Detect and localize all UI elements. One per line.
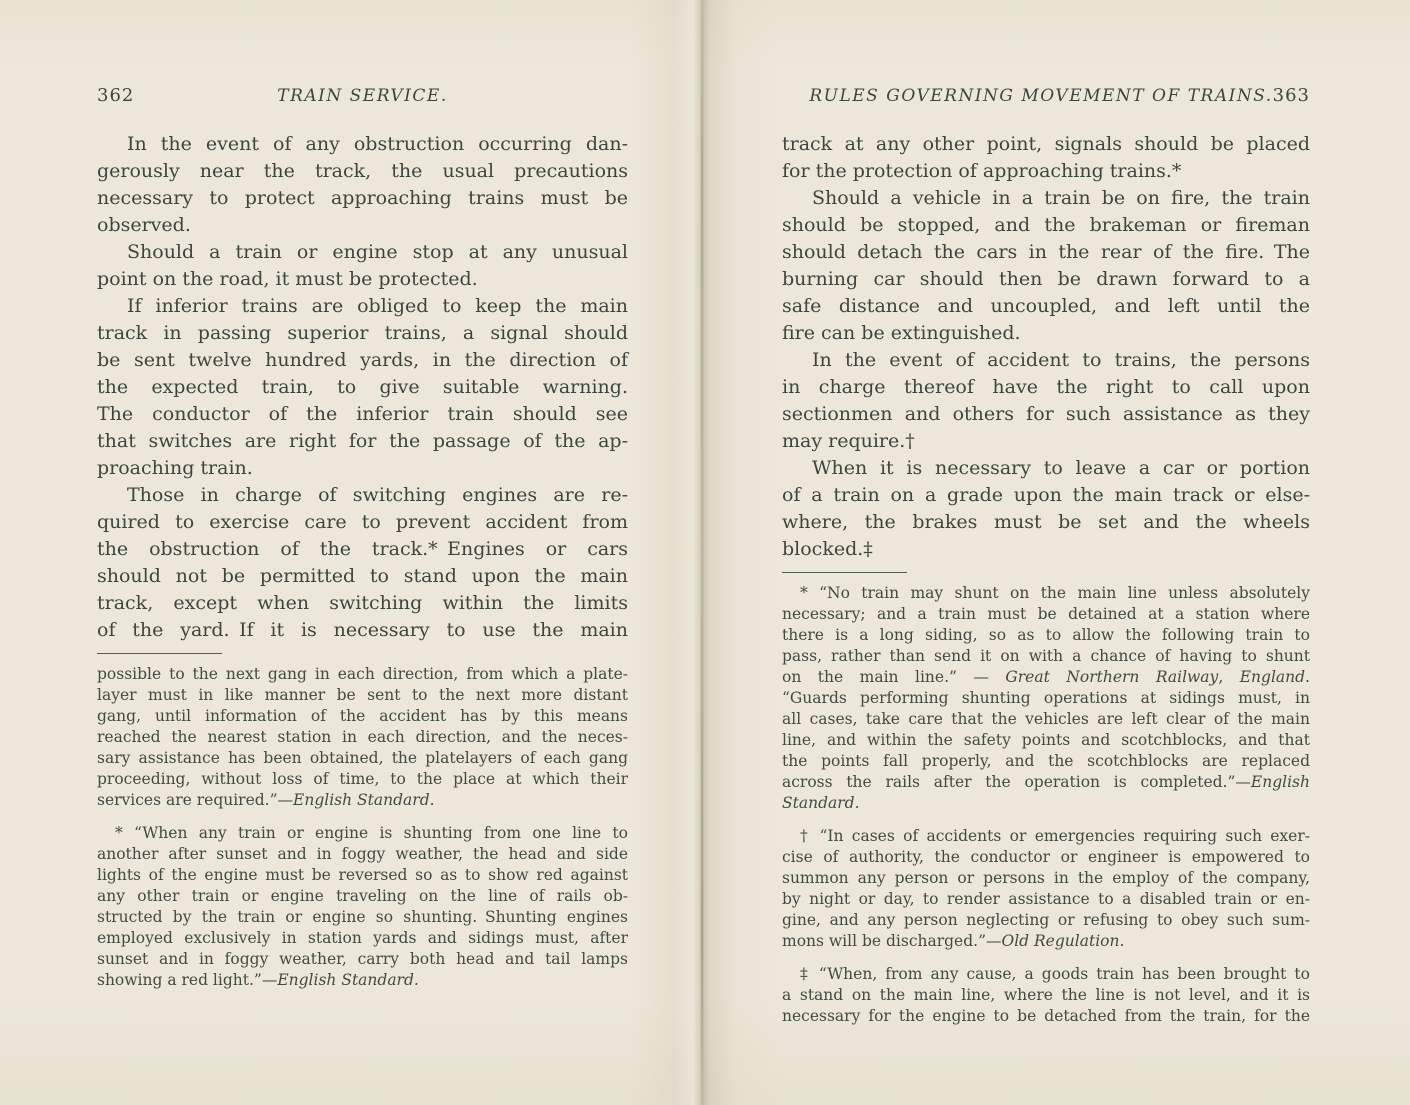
footnote-rule-right bbox=[782, 572, 907, 573]
book-gutter-shadow bbox=[630, 0, 780, 1105]
body-text-line: be sent twelve hundred yards, in the dir… bbox=[97, 347, 628, 374]
footnote-paragraph: ‡ “When, from any cause, a goods train h… bbox=[782, 964, 1310, 1027]
footnote-paragraph: * “When any train or engine is shunting … bbox=[97, 823, 628, 991]
footnote-text-line: “Guards performing shunting operations a… bbox=[782, 688, 1310, 709]
footnote-text-line: on the main line.” — Great Northern Rail… bbox=[782, 667, 1310, 688]
body-text-right: track at any other point, signals should… bbox=[782, 131, 1310, 563]
footnote-text-line: all cases, take care that the vehicles a… bbox=[782, 709, 1310, 730]
body-paragraph: Should a train or engine stop at any unu… bbox=[97, 239, 628, 293]
footnote-text-line: lights of the engine must be reversed so… bbox=[97, 865, 628, 886]
body-paragraph: Those in charge of switching engines are… bbox=[97, 482, 628, 644]
footnote-text-line: layer must in like manner be sent to the… bbox=[97, 685, 628, 706]
body-text-line: may require.† bbox=[782, 428, 1310, 455]
body-text-line: gerously near the track, the usual preca… bbox=[97, 158, 628, 185]
body-text-line: track, except when switching within the … bbox=[97, 590, 628, 617]
body-text-line: for the protection of approaching trains… bbox=[782, 158, 1310, 185]
footnote-text-line: the points fall properly, and the scotch… bbox=[782, 751, 1310, 772]
body-text-line: should be stopped, and the brakeman or f… bbox=[782, 212, 1310, 239]
page-left-362: 362 TRAIN SERVICE. In the event of any o… bbox=[97, 85, 628, 991]
footnote-text-line: gine, and any person neglecting or refus… bbox=[782, 910, 1310, 931]
body-text-line: If inferior trains are obliged to keep t… bbox=[97, 293, 628, 320]
body-text-line: Those in charge of switching engines are… bbox=[97, 482, 628, 509]
body-text-line: in charge thereof have the right to call… bbox=[782, 374, 1310, 401]
body-text-line: the obstruction of the track.* Engines o… bbox=[97, 536, 628, 563]
footnotes-right: * “No train may shunt on the main line u… bbox=[782, 583, 1310, 1027]
footnote-text-line: † “In cases of accidents or emergencies … bbox=[782, 826, 1310, 847]
footnote-text-line: necessary; and a train must be detained … bbox=[782, 604, 1310, 625]
body-text-line: track in passing superior trains, a sign… bbox=[97, 320, 628, 347]
footnote-paragraph: possible to the next gang in each direct… bbox=[97, 664, 628, 811]
body-text-line: where, the brakes must be set and the wh… bbox=[782, 509, 1310, 536]
running-header-right: RULES GOVERNING MOVEMENT OF TRAINS. 363 bbox=[782, 85, 1310, 109]
page-right-363: RULES GOVERNING MOVEMENT OF TRAINS. 363 … bbox=[782, 85, 1310, 1027]
body-text-line: of a train on a grade upon the main trac… bbox=[782, 482, 1310, 509]
body-text-line: proaching train. bbox=[97, 455, 628, 482]
footnote-text-line: summon any person or persons in the empl… bbox=[782, 868, 1310, 889]
footnote-text-line: gang, until information of the accident … bbox=[97, 706, 628, 727]
footnote-text-line: structed by the train or engine so shunt… bbox=[97, 907, 628, 928]
body-text-line: that switches are right for the passage … bbox=[97, 428, 628, 455]
footnote-text-line: necessary for the engine to be detached … bbox=[782, 1006, 1310, 1027]
footnote-text-line: pass, rather than send it on with a chan… bbox=[782, 646, 1310, 667]
body-text-line: Should a vehicle in a train be on fire, … bbox=[782, 185, 1310, 212]
footnote-text-line: reached the nearest station in each dire… bbox=[97, 727, 628, 748]
footnote-text-line: a stand on the main line, where the line… bbox=[782, 985, 1310, 1006]
footnote-text-line: across the rails after the operation is … bbox=[782, 772, 1310, 793]
body-paragraph: In the event of any obstruction occurrin… bbox=[97, 131, 628, 239]
footnote-text-line: line, and within the safety points and s… bbox=[782, 730, 1310, 751]
body-text-line: Should a train or engine stop at any unu… bbox=[97, 239, 628, 266]
book-spread: 362 TRAIN SERVICE. In the event of any o… bbox=[0, 0, 1410, 1105]
body-paragraph: When it is necessary to leave a car or p… bbox=[782, 455, 1310, 563]
page-number-right: 363 bbox=[1273, 85, 1310, 106]
book-gutter-crease bbox=[701, 0, 703, 1105]
body-text-line: observed. bbox=[97, 212, 628, 239]
footnote-text-line: sary assistance has been obtained, the p… bbox=[97, 748, 628, 769]
footnote-text-line: Standard. bbox=[782, 793, 1310, 814]
body-text-line: quired to exercise care to prevent accid… bbox=[97, 509, 628, 536]
body-text-line: safe distance and uncoupled, and left un… bbox=[782, 293, 1310, 320]
footnote-text-line: by night or day, to render assistance to… bbox=[782, 889, 1310, 910]
body-text-line: fire can be extinguished. bbox=[782, 320, 1310, 347]
footnote-text-line: * “No train may shunt on the main line u… bbox=[782, 583, 1310, 604]
footnote-paragraph: † “In cases of accidents or emergencies … bbox=[782, 826, 1310, 952]
footnote-text-line: * “When any train or engine is shunting … bbox=[97, 823, 628, 844]
footnote-text-line: there is a long siding, so as to allow t… bbox=[782, 625, 1310, 646]
footnote-rule-left bbox=[97, 653, 222, 654]
body-text-line: track at any other point, signals should… bbox=[782, 131, 1310, 158]
footnote-text-line: employed exclusively in station yards an… bbox=[97, 928, 628, 949]
page-number-left: 362 bbox=[97, 85, 134, 106]
body-text-line: In the event of any obstruction occurrin… bbox=[97, 131, 628, 158]
body-text-line: The conductor of the inferior train shou… bbox=[97, 401, 628, 428]
footnote-text-line: another after sunset and in foggy weathe… bbox=[97, 844, 628, 865]
running-header-left: 362 TRAIN SERVICE. bbox=[97, 85, 628, 109]
footnote-text-line: showing a red light.”—English Standard. bbox=[97, 970, 628, 991]
footnote-text-line: any other train or engine traveling on t… bbox=[97, 886, 628, 907]
footnote-text-line: proceeding, without loss of time, to the… bbox=[97, 769, 628, 790]
footnote-text-line: cise of authority, the conductor or engi… bbox=[782, 847, 1310, 868]
body-text-line: When it is necessary to leave a car or p… bbox=[782, 455, 1310, 482]
body-text-line: sectionmen and others for such assistanc… bbox=[782, 401, 1310, 428]
body-text-line: of the yard. If it is necessary to use t… bbox=[97, 617, 628, 644]
footnote-text-line: ‡ “When, from any cause, a goods train h… bbox=[782, 964, 1310, 985]
body-text-line: necessary to protect approaching trains … bbox=[97, 185, 628, 212]
footnotes-left: possible to the next gang in each direct… bbox=[97, 664, 628, 991]
body-paragraph: If inferior trains are obliged to keep t… bbox=[97, 293, 628, 482]
running-title-left: TRAIN SERVICE. bbox=[277, 86, 447, 106]
footnote-paragraph: * “No train may shunt on the main line u… bbox=[782, 583, 1310, 814]
footnote-text-line: sunset and in foggy weather, carry both … bbox=[97, 949, 628, 970]
body-text-line: should not be permitted to stand upon th… bbox=[97, 563, 628, 590]
footnote-text-line: possible to the next gang in each direct… bbox=[97, 664, 628, 685]
body-text-line: should detach the cars in the rear of th… bbox=[782, 239, 1310, 266]
body-text-line: blocked.‡ bbox=[782, 536, 1310, 563]
footnote-text-line: mons will be discharged.”—Old Regulation… bbox=[782, 931, 1310, 952]
body-paragraph: In the event of accident to trains, the … bbox=[782, 347, 1310, 455]
body-text-line: In the event of accident to trains, the … bbox=[782, 347, 1310, 374]
running-title-right: RULES GOVERNING MOVEMENT OF TRAINS. bbox=[809, 86, 1272, 106]
body-paragraph: track at any other point, signals should… bbox=[782, 131, 1310, 185]
body-text-left: In the event of any obstruction occurrin… bbox=[97, 131, 628, 644]
body-text-line: burning car should then be drawn forward… bbox=[782, 266, 1310, 293]
footnote-text-line: services are required.”—English Standard… bbox=[97, 790, 628, 811]
body-paragraph: Should a vehicle in a train be on fire, … bbox=[782, 185, 1310, 347]
body-text-line: point on the road, it must be protected. bbox=[97, 266, 628, 293]
body-text-line: the expected train, to give suitable war… bbox=[97, 374, 628, 401]
